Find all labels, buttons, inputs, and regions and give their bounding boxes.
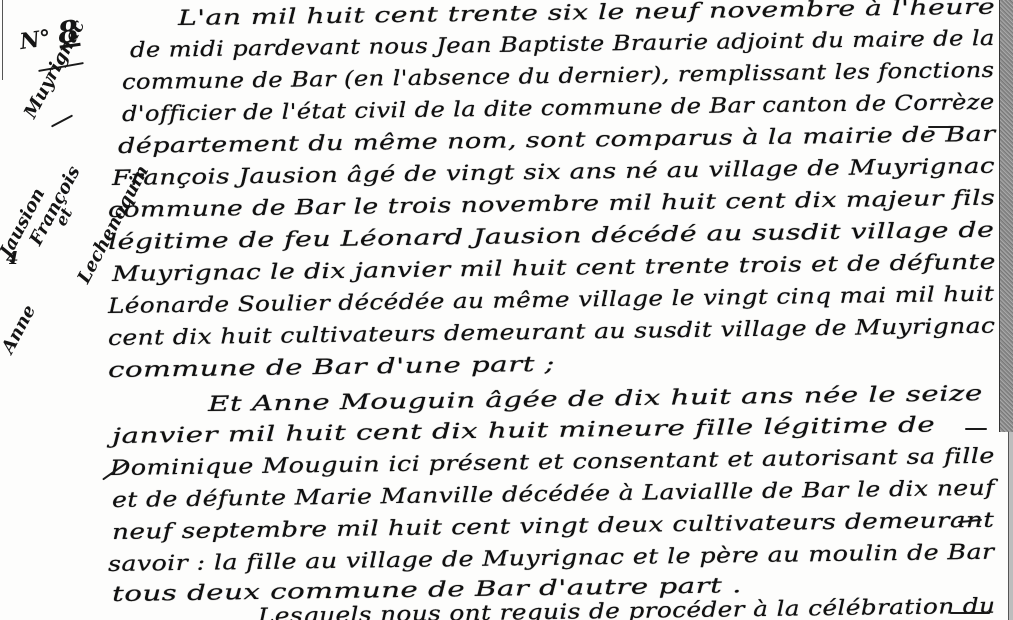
body-line-9: Muyrignac le dix janvier mil huit cent t…: [112, 250, 996, 286]
page-left-rule: [2, 0, 3, 80]
body-line-1: L'an mil huit cent trente six le neuf no…: [178, 0, 995, 30]
body-line-13: Et Anne Mouguin âgée de dix huit ans née…: [208, 381, 983, 416]
line-end-dash: [950, 612, 990, 614]
body-line-12: commune de Bar d'une part ;: [108, 352, 555, 382]
body-line-18: savoir : la fille au village de Muyrigna…: [108, 540, 995, 576]
record-number-prefix: N°: [18, 25, 52, 55]
body-line-17: neuf septembre mil huit cent vingt deux …: [112, 508, 995, 544]
margin-bride-given: Anne: [0, 302, 40, 357]
body-line-10: Léonarde Soulier décédée au même village…: [108, 282, 995, 318]
body-line-14: janvier mil huit cent dix huit mineure f…: [112, 413, 935, 448]
body-line-3: commune de Bar (en l'absence du dernier)…: [122, 58, 995, 94]
body-line-8: légitime de feu Léonard Jausion décédé a…: [108, 218, 995, 254]
margin-side-number: 4: [6, 248, 19, 269]
line-end-dash: [965, 428, 987, 430]
scan-edge-lower: [1008, 432, 1013, 620]
body-line-15: Dominique Mouguin ici présent et consent…: [110, 444, 995, 480]
body-line-11: cent dix huit cultivateurs demeurant au …: [108, 314, 996, 350]
body-line-6: François Jausion âgé de vingt six ans né…: [112, 154, 995, 190]
body-line-4: d'officier de l'état civil de la dite co…: [122, 90, 995, 126]
body-line-5: département du même nom, sont comparus à…: [118, 122, 996, 158]
document-page: N° 8 Muyrignac Jausion François et 4 Lec…: [0, 0, 1013, 620]
body-line-2: de midi pardevant nous Jean Baptiste Bra…: [130, 26, 995, 62]
line-end-dash: [928, 126, 954, 128]
body-line-16: et de défunte Marie Manville décédée à L…: [112, 476, 995, 512]
margin-dash: [51, 114, 73, 127]
scan-edge-shadow: [999, 0, 1013, 432]
body-line-7: commune de Bar le trois novembre mil hui…: [108, 186, 996, 222]
